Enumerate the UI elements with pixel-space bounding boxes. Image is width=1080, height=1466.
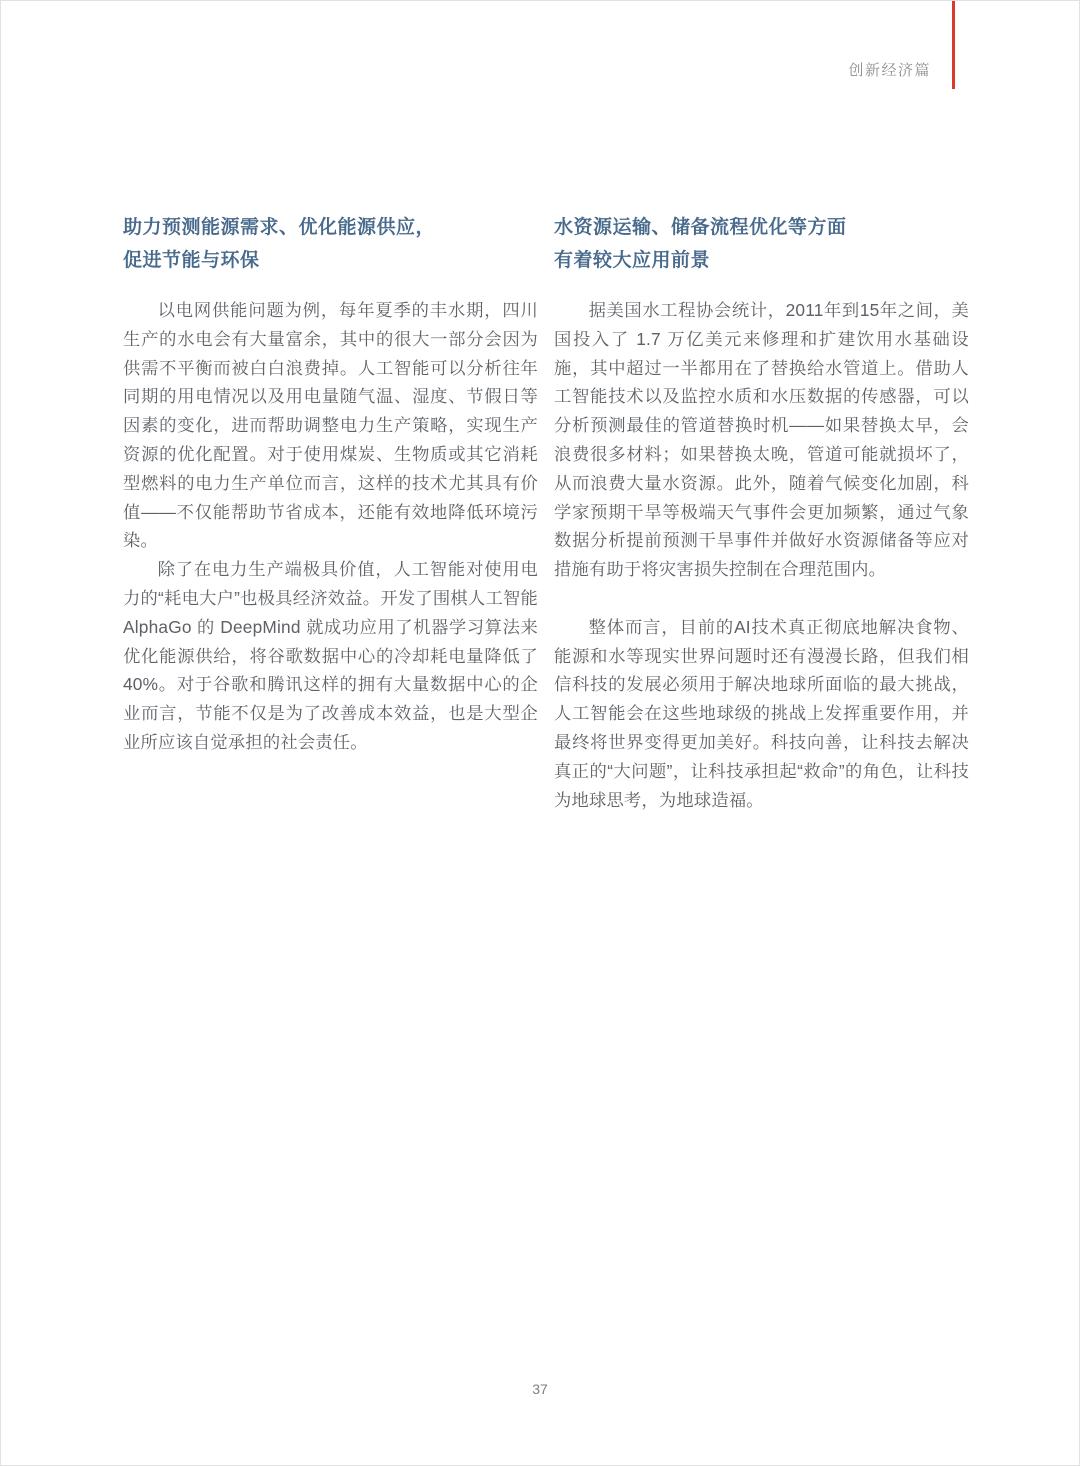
- right-column: 水资源运输、储备流程优化等方面 有着较大应用前景 据美国水工程协会统计，2011…: [554, 211, 969, 814]
- right-section-heading: 水资源运输、储备流程优化等方面 有着较大应用前景: [554, 211, 969, 277]
- right-paragraph-2: 整体而言，目前的AI技术真正彻底地解决食物、能源和水等现实世界问题时还有漫漫长路…: [554, 613, 969, 815]
- left-paragraph-2: 除了在电力生产端极具价值，人工智能对使用电力的“耗电大户”也极具经济效益。开发了…: [123, 555, 538, 757]
- left-paragraph-1: 以电网供能问题为例，每年夏季的丰水期，四川生产的水电会有大量富余，其中的很大一部…: [123, 296, 538, 555]
- right-heading-line1: 水资源运输、储备流程优化等方面: [554, 211, 969, 244]
- left-column: 助力预测能源需求、优化能源供应， 促进节能与环保 以电网供能问题为例，每年夏季的…: [123, 211, 538, 814]
- two-column-content: 助力预测能源需求、优化能源供应， 促进节能与环保 以电网供能问题为例，每年夏季的…: [123, 211, 969, 814]
- chapter-label: 创新经济篇: [848, 59, 931, 80]
- right-paragraph-1: 据美国水工程协会统计，2011年到15年之间，美国投入了 1.7 万亿美元来修理…: [554, 296, 969, 584]
- chapter-accent-bar: [952, 1, 955, 89]
- right-column-body: 据美国水工程协会统计，2011年到15年之间，美国投入了 1.7 万亿美元来修理…: [554, 296, 969, 814]
- left-heading-line2: 促进节能与环保: [123, 244, 538, 277]
- page-number: 37: [1, 1381, 1079, 1397]
- left-column-body: 以电网供能问题为例，每年夏季的丰水期，四川生产的水电会有大量富余，其中的很大一部…: [123, 296, 538, 757]
- right-heading-line2: 有着较大应用前景: [554, 244, 969, 277]
- left-section-heading: 助力预测能源需求、优化能源供应， 促进节能与环保: [123, 211, 538, 277]
- report-page: 创新经济篇 助力预测能源需求、优化能源供应， 促进节能与环保 以电网供能问题为例…: [0, 0, 1080, 1466]
- left-heading-line1: 助力预测能源需求、优化能源供应，: [123, 211, 538, 244]
